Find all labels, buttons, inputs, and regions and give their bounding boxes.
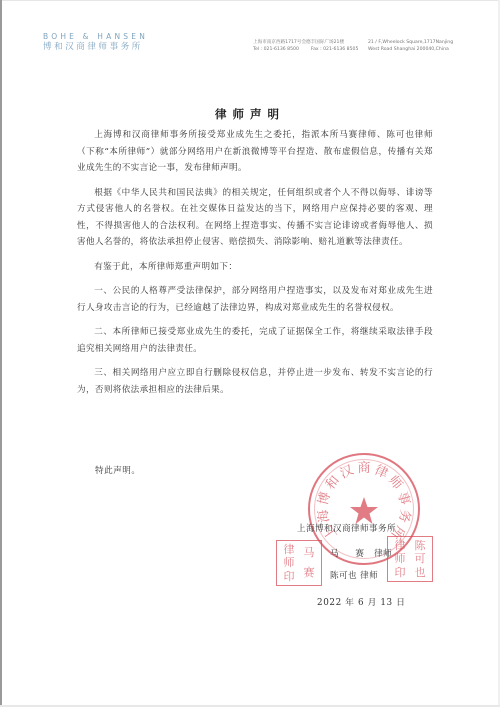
seal-label-char: 律 [390, 539, 410, 552]
seal-name-char: 马 [299, 547, 319, 558]
address-en-line1: 21 / F,Wheelock Square,1717Nanjing [368, 39, 453, 46]
seal-label-char: 印 [279, 570, 299, 583]
fax-number: Fax : 021-6136 8505 [311, 46, 359, 53]
document-body: 上海博和汉商律师事务所接受郑业成先生之委托，指派本所马赛律师、陈可也律师（下称“… [77, 127, 433, 406]
lawyer-signature-2: 陈可也 律师 [330, 569, 378, 581]
seal-name-char: 赛 [299, 567, 319, 578]
paragraph-point-1: 一、公民的人格尊严受法律保护，部分网络用户捏造事实，以及发布对郑业成先生进行人身… [77, 283, 433, 316]
address-cn: 上海市南京西路1717号会德丰国际广场21楼 [253, 39, 358, 46]
seal-name-char: 可 [410, 553, 430, 564]
tel-number: Tel : 021-6136 8500 [253, 46, 299, 53]
seal-label-char: 师 [390, 552, 410, 565]
document-date: 2022 年 6 月 13 日 [317, 595, 406, 608]
lawyer-seal-ma-sai: 律 马 赛 师 印 [276, 540, 322, 586]
lawyer-name: 马 赛 [330, 549, 371, 559]
seal-arc-char: 务 [395, 508, 411, 524]
paragraph-declaration-lead: 有鉴于此，本所律师郑重声明如下： [77, 259, 433, 276]
address-en-line2: West Road Shanghai 200040,China [368, 46, 453, 53]
lawyer-seal-chen-keye: 律 陈 可 也 师 印 [387, 536, 433, 582]
paragraph-point-2: 二、本所律师已接受郑业成先生的委托，完成了证据保全工作，将继续采取法律手段追究相… [77, 324, 433, 357]
document-title: 律师声明 [0, 106, 500, 122]
lawyer-title: 律师 [360, 571, 378, 581]
letterhead-contact-en: 21 / F,Wheelock Square,1717Nanjing West … [368, 39, 453, 53]
paragraph-point-3: 三、相关网络用户应立即自行删除侵权信息，并停止进一步发布、转发不实言论的行为，否… [77, 365, 433, 398]
closing-statement: 特此声明。 [95, 464, 140, 476]
signing-firm-name: 上海博和汉商律师事务所 [297, 522, 396, 534]
lawyer-name: 陈可也 [330, 571, 357, 581]
letterhead-contact-cn: 上海市南京西路1717号会德丰国际广场21楼 Tel : 021-6136 85… [253, 39, 358, 53]
logo-chinese: 博和汉商律师事务所 [43, 42, 148, 53]
lawyer-signature-1: 马 赛 律师 [330, 547, 392, 559]
seal-label-char: 律 [279, 543, 299, 556]
seal-name-char: 陈 [410, 540, 430, 551]
seal-arc-char: 事 [394, 490, 411, 507]
page-edge-top [0, 0, 500, 1]
seal-label-char: 师 [279, 556, 299, 569]
seal-name-column: 马 赛 [299, 543, 319, 583]
seal-label-char: 印 [390, 566, 410, 579]
firm-logo: BOHE & HANSEN 博和汉商律师事务所 [43, 32, 148, 53]
logo-english: BOHE & HANSEN [43, 32, 148, 41]
seal-arc-char: 商 [357, 462, 371, 476]
seal-name-char: 也 [410, 567, 430, 578]
paragraph-legal-basis: 根据《中华人民共和国民法典》的相关规定，任何组织或者个人不得以侮辱、诽谤等方式侵… [77, 185, 433, 251]
seal-arc-char: 师 [385, 473, 405, 493]
seal-name-column: 陈 可 也 [410, 539, 430, 579]
paragraph-intro: 上海博和汉商律师事务所接受郑业成先生之委托，指派本所马赛律师、陈可也律师（下称“… [77, 127, 433, 177]
seal-arc-char: 博 [317, 490, 334, 507]
